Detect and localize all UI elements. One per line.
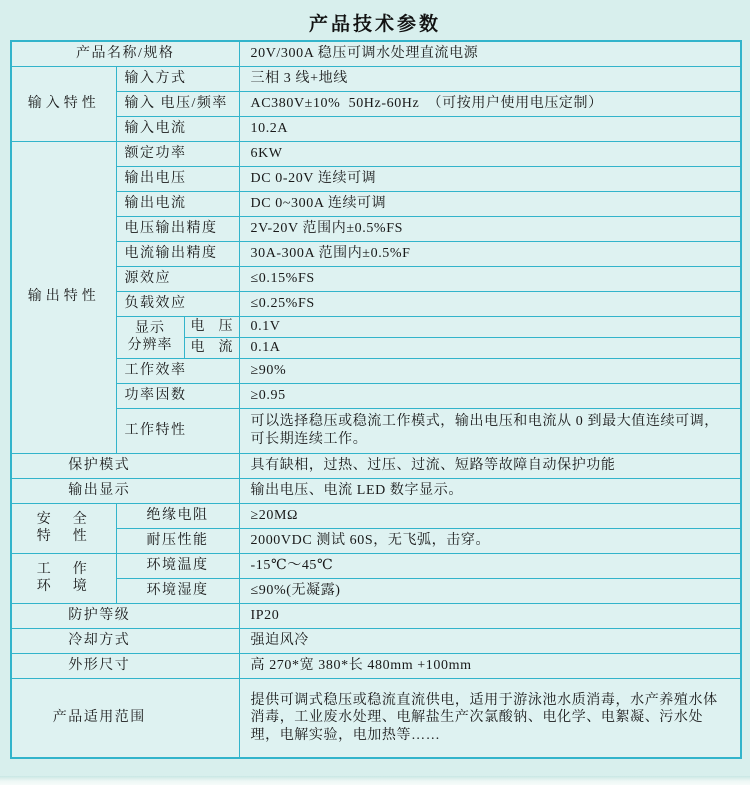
spec-label: 输入电流 (116, 116, 239, 141)
spec-row-insulation: 安 全 特 性 绝缘电阻 ≥20MΩ (11, 503, 741, 528)
spec-value: ≤0.15%FS (239, 266, 741, 291)
spec-row-ip-rating: 防护等级 IP20 (11, 603, 741, 628)
spec-value: ≤90%(无凝露) (239, 578, 741, 603)
spec-value: 6KW (239, 141, 741, 166)
spec-row-product: 产品名称/规格 20V/300A 稳压可调水处理直流电源 (11, 41, 741, 66)
spec-value: -15℃～45℃ (239, 553, 741, 578)
spec-label-application: 产品适用范围 (11, 678, 239, 758)
spec-label: 防护等级 (11, 603, 239, 628)
spec-row-power-factor: 功率因数 ≥0.95 (11, 383, 741, 408)
spec-label: 工作效率 (116, 358, 239, 383)
spec-row-efficiency: 工作效率 ≥90% (11, 358, 741, 383)
spec-row-current-accuracy: 电流输出精度 30A-300A 范围内±0.5%F (11, 241, 741, 266)
spec-label: 输出电压 (116, 166, 239, 191)
spec-value: IP20 (239, 603, 741, 628)
spec-label-display: 输出显示 (11, 478, 239, 503)
spec-row-dimensions: 外形尺寸 高 270*宽 380*长 480mm +100mm (11, 653, 741, 678)
spec-row-output-voltage: 输出电压 DC 0-20V 连续可调 (11, 166, 741, 191)
spec-value: 三相 3 线+地线 (239, 66, 741, 91)
spec-category-output: 输出特性 (11, 141, 116, 453)
spec-value: 2000VDC 测试 60S，无飞弧，击穿。 (239, 528, 741, 553)
spec-value: DC 0-20V 连续可调 (239, 166, 741, 191)
spec-row-voltage-accuracy: 电压输出精度 2V-20V 范围内±0.5%FS (11, 216, 741, 241)
spec-label-resolution: 显示 分辨率 (116, 316, 184, 358)
spec-row-work-feature: 工作特性 可以选择稳压或稳流工作模式，输出电压和电流从 0 到最大值连续可调，可… (11, 408, 741, 453)
spec-value: 提供可调式稳压或稳流直流供电，适用于游泳池水质消毒，水产养殖水体消毒，工业废水处… (239, 678, 741, 758)
spec-row-env-humidity: 环境湿度 ≤90%(无凝露) (11, 578, 741, 603)
spec-label: 冷却方式 (11, 628, 239, 653)
spec-value: DC 0~300A 连续可调 (239, 191, 741, 216)
spec-value: 高 270*宽 380*长 480mm +100mm (239, 653, 741, 678)
spec-value: 10.2A (239, 116, 741, 141)
spec-label: 负载效应 (116, 291, 239, 316)
spec-row-env-temp: 工 作 环 境 环境温度 -15℃～45℃ (11, 553, 741, 578)
spec-value: 0.1V (239, 316, 741, 337)
spec-label: 输入方式 (116, 66, 239, 91)
spec-value: 0.1A (239, 337, 741, 358)
spec-value: 30A-300A 范围内±0.5%F (239, 241, 741, 266)
spec-label: 功率因数 (116, 383, 239, 408)
spec-row-application: 产品适用范围 提供可调式稳压或稳流直流供电，适用于游泳池水质消毒，水产养殖水体消… (11, 678, 741, 758)
page-title: 产品技术参数 (0, 0, 750, 40)
spec-value: 强迫风冷 (239, 628, 741, 653)
spec-row-input-mode: 输入特性 输入方式 三相 3 线+地线 (11, 66, 741, 91)
spec-label: 电压输出精度 (116, 216, 239, 241)
spec-value: 输出电压、电流 LED 数字显示。 (239, 478, 741, 503)
spec-value: ≥0.95 (239, 383, 741, 408)
spec-category-safety: 安 全 特 性 (11, 503, 116, 553)
spec-row-source-effect: 源效应 ≤0.15%FS (11, 266, 741, 291)
spec-value: ≥90% (239, 358, 741, 383)
spec-label: 电 压 (184, 316, 239, 337)
spec-label: 电流输出精度 (116, 241, 239, 266)
spec-row-output-current: 输出电流 DC 0~300A 连续可调 (11, 191, 741, 216)
spec-label: 耐压性能 (116, 528, 239, 553)
spec-value: ≤0.25%FS (239, 291, 741, 316)
bottom-edge-band (0, 776, 750, 785)
spec-label: 额定功率 (116, 141, 239, 166)
spec-label: 工作特性 (116, 408, 239, 453)
spec-value: 具有缺相，过热、过压、过流、短路等故障自动保护功能 (239, 453, 741, 478)
spec-value: AC380V±10% 50Hz-60Hz （可按用户使用电压定制） (239, 91, 741, 116)
spec-label: 外形尺寸 (11, 653, 239, 678)
spec-value: ≥20MΩ (239, 503, 741, 528)
spec-row-rated-power: 输出特性 额定功率 6KW (11, 141, 741, 166)
spec-row-resolution-voltage: 显示 分辨率 电 压 0.1V (11, 316, 741, 337)
spec-row-withstand: 耐压性能 2000VDC 测试 60S，无飞弧，击穿。 (11, 528, 741, 553)
spec-table: 产品名称/规格 20V/300A 稳压可调水处理直流电源 输入特性 输入方式 三… (10, 40, 742, 759)
spec-label: 电 流 (184, 337, 239, 358)
spec-category-input: 输入特性 (11, 66, 116, 141)
spec-label-product: 产品名称/规格 (11, 41, 239, 66)
spec-row-load-effect: 负载效应 ≤0.25%FS (11, 291, 741, 316)
spec-value-product: 20V/300A 稳压可调水处理直流电源 (239, 41, 741, 66)
spec-row-input-current: 输入电流 10.2A (11, 116, 741, 141)
spec-label: 源效应 (116, 266, 239, 291)
spec-label: 环境湿度 (116, 578, 239, 603)
spec-label-protection: 保护模式 (11, 453, 239, 478)
spec-label: 环境温度 (116, 553, 239, 578)
spec-row-input-voltage: 输入 电压/频率 AC380V±10% 50Hz-60Hz （可按用户使用电压定… (11, 91, 741, 116)
spec-row-display: 输出显示 输出电压、电流 LED 数字显示。 (11, 478, 741, 503)
spec-row-cooling: 冷却方式 强迫风冷 (11, 628, 741, 653)
spec-category-environment: 工 作 环 境 (11, 553, 116, 603)
spec-row-protection: 保护模式 具有缺相，过热、过压、过流、短路等故障自动保护功能 (11, 453, 741, 478)
spec-value: 可以选择稳压或稳流工作模式，输出电压和电流从 0 到最大值连续可调，可长期连续工… (239, 408, 741, 453)
spec-label: 绝缘电阻 (116, 503, 239, 528)
spec-label: 输入 电压/频率 (116, 91, 239, 116)
spec-label: 输出电流 (116, 191, 239, 216)
spec-value: 2V-20V 范围内±0.5%FS (239, 216, 741, 241)
